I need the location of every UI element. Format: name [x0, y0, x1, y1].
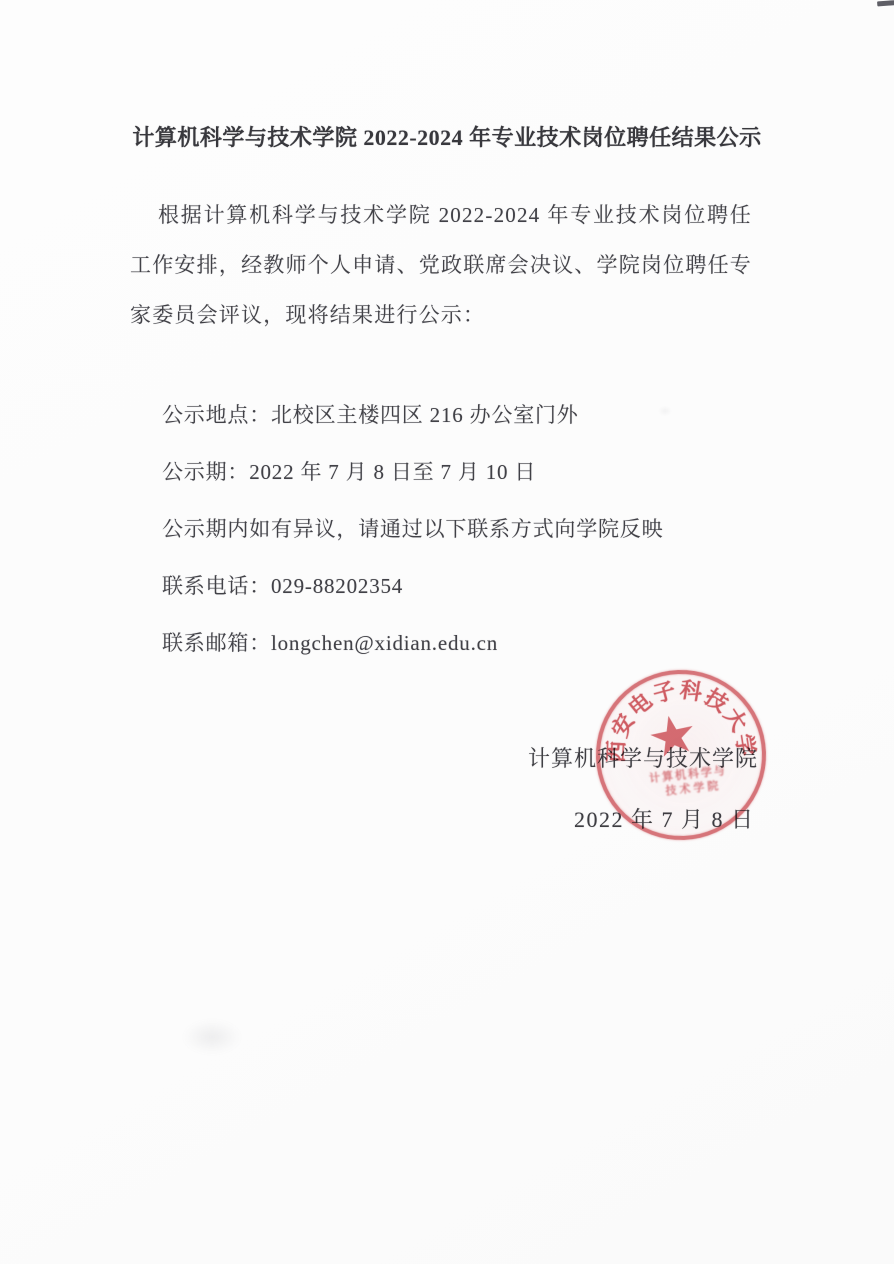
scanned-notice-page: 计算机科学与技术学院 2022-2024 年专业技术岗位聘任结果公示 根据计算机…: [0, 0, 894, 1264]
detail-line-email: 联系邮箱：longchen@xidian.edu.cn: [162, 615, 762, 672]
notice-title: 计算机科学与技术学院 2022-2024 年专业技术岗位聘任结果公示: [0, 121, 894, 152]
detail-line-phone: 联系电话：029-88202354: [162, 558, 762, 615]
detail-line-objection: 公示期内如有异议，请通过以下联系方式向学院反映: [162, 501, 762, 558]
stamp-arc-char: 西: [599, 740, 631, 764]
notice-body-paragraph: 根据计算机科学与技术学院 2022-2024 年专业技术岗位聘任工作安排，经教师…: [130, 190, 752, 340]
official-stamp: 西安电子科技大学 计算机科学与 技术学院: [588, 662, 774, 848]
document-content: 计算机科学与技术学院 2022-2024 年专业技术岗位聘任结果公示 根据计算机…: [0, 0, 894, 1264]
detail-line-location: 公示地点：北校区主楼四区 216 办公室门外: [162, 387, 762, 444]
detail-line-period: 公示期：2022 年 7 月 8 日至 7 月 10 日: [162, 444, 762, 501]
scan-artifact-speck: [658, 406, 672, 416]
scan-artifact-smudge: [183, 1020, 241, 1054]
notice-detail-list: 公示地点：北校区主楼四区 216 办公室门外 公示期：2022 年 7 月 8 …: [162, 387, 762, 672]
